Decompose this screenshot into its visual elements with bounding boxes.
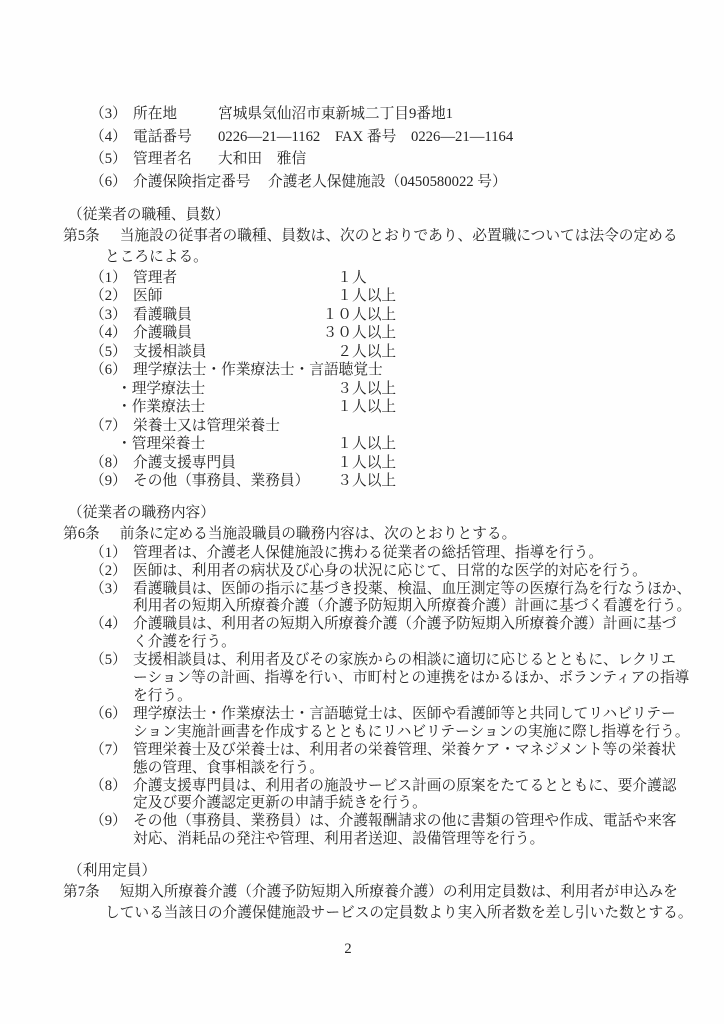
staff-count-number: １: [322, 287, 352, 306]
duty-number: （9）: [90, 813, 133, 831]
duty-text: 介護支援専門員は、利用者の施設サービス計画の原案をたてるとともに、要介護認 定及…: [133, 778, 676, 812]
duty-item: （3）看護職員は、医師の指示に基づき投薬、検温、血圧測定等の医療行為を行なうほか…: [90, 581, 724, 617]
page-number: 2: [0, 941, 696, 958]
staff-row: （6）理学療法士・作業療法士・言語聴覚士: [90, 361, 724, 380]
staff-number: （5）: [90, 343, 133, 362]
article5-body: 当施設の従事者の職種、員数は、次のとおりであり、必置職については法令の定める と…: [105, 228, 678, 265]
staff-count: １０人以上: [322, 306, 396, 325]
duty-item: （2）医師は、利用者の病状及び心身の状況に応じて、日常的な医学的対応を行う。: [90, 563, 724, 581]
staff-row-sub: ・作業療法士１人以上: [90, 398, 724, 417]
staff-row: （1）管理者１人: [90, 269, 724, 288]
item-number: （4）: [90, 126, 133, 149]
staff-list: （1）管理者１人 （2）医師１人以上 （3）看護職員１０人以上 （4）介護職員３…: [0, 269, 724, 491]
facility-info-row-manager: （5）管理者名大和田 雅信: [90, 148, 724, 171]
duty-number: （2）: [90, 563, 133, 581]
staff-label: 看護職員: [133, 307, 192, 323]
staff-count: １人以上: [322, 398, 396, 417]
staff-count-number: ３０: [322, 324, 352, 343]
staff-count: １人以上: [322, 454, 396, 473]
document-page: （3）所在地宮城県気仙沼市東新城二丁目9番地1 （4）電話番号0226—21—1…: [0, 0, 724, 1024]
duty-number: （6）: [90, 706, 133, 724]
staff-count-number: １: [322, 398, 352, 417]
facility-info-row-address: （3）所在地宮城県気仙沼市東新城二丁目9番地1: [90, 103, 724, 126]
staff-count-number: １: [322, 435, 352, 454]
staff-number: （1）: [90, 269, 133, 288]
staff-row: （5）支援相談員２人以上: [90, 343, 724, 362]
duty-number: （5）: [90, 652, 133, 670]
staff-number: （8）: [90, 454, 133, 473]
staff-count: １人以上: [322, 287, 396, 306]
duty-number: （3）: [90, 581, 133, 599]
staff-number: （6）: [90, 361, 133, 380]
article7-section-title: （利用定員）: [68, 861, 724, 882]
duty-item: （5）支援相談員は、利用者及びその家族からの相談に適切に応じるとともに、レクリエ…: [90, 652, 724, 706]
staff-label: ・作業療法士: [117, 399, 205, 415]
item-value: 宮城県気仙沼市東新城二丁目9番地1: [218, 103, 453, 126]
staff-count-suffix: 人: [352, 270, 367, 286]
article5-paragraph: 第5条 当施設の従事者の職種、員数は、次のとおりであり、必置職については法令の定…: [63, 226, 724, 268]
item-value: 大和田 雅信: [218, 148, 306, 171]
duty-number: （8）: [90, 778, 133, 796]
item-number: （5）: [90, 148, 133, 171]
article7-body: 短期入所療養介護（介護予防短期入所療養介護）の利用定員数は、利用者が申込みを し…: [105, 884, 693, 921]
document-content: （3）所在地宮城県気仙沼市東新城二丁目9番地1 （4）電話番号0226—21—1…: [0, 103, 724, 924]
staff-row: （2）医師１人以上: [90, 287, 724, 306]
staff-row: （3）看護職員１０人以上: [90, 306, 724, 325]
staff-count: １人: [322, 269, 367, 288]
staff-number: （2）: [90, 287, 133, 306]
staff-count-suffix: 人以上: [352, 307, 396, 323]
duty-item: （8）介護支援専門員は、利用者の施設サービス計画の原案をたてるとともに、要介護認…: [90, 778, 724, 814]
staff-count-number: ３: [322, 380, 352, 399]
duty-item: （9）その他（事務員、業務員）は、介護報酬請求の他に書類の管理や作成、電話や来客…: [90, 813, 724, 849]
article6-body: 前条に定める当施設職員の職務内容は、次のとおりとする。: [105, 526, 516, 542]
item-label: 電話番号: [133, 129, 192, 145]
staff-count: １人以上: [322, 435, 396, 454]
staff-number: （3）: [90, 306, 133, 325]
staff-label: 支援相談員: [133, 344, 206, 360]
duty-text: 支援相談員は、利用者及びその家族からの相談に適切に応じるとともに、レクリエ ーシ…: [133, 652, 689, 704]
duty-item: （6）理学療法士・作業療法士・言語聴覚士は、医師や看護師等と共同してリハビリテー…: [90, 706, 724, 742]
staff-count-number: ３: [322, 472, 352, 491]
item-value: 0226—21—1162 FAX 番号 0226—21—1164: [218, 126, 513, 149]
staff-label: 栄養士又は管理栄養士: [133, 418, 280, 434]
item-label: 介護保険指定番号: [133, 174, 251, 190]
staff-label: 介護職員: [133, 325, 192, 341]
staff-row: （8）介護支援専門員１人以上: [90, 454, 724, 473]
staff-row-sub: ・管理栄養士１人以上: [90, 435, 724, 454]
facility-info-row-phone: （4）電話番号0226—21—1162 FAX 番号 0226—21—1164: [90, 126, 724, 149]
duty-text: その他（事務員、業務員）は、介護報酬請求の他に書類の管理や作成、電話や来客 対応…: [133, 813, 676, 847]
article6-number: 第6条: [63, 524, 105, 545]
staff-count-number: １: [322, 269, 352, 288]
duty-text: 医師は、利用者の病状及び心身の状況に応じて、日常的な医学的対応を行う。: [133, 563, 647, 579]
staff-count-suffix: 人以上: [352, 399, 396, 415]
staff-label: その他（事務員、業務員）: [133, 473, 309, 489]
staff-count: ３０人以上: [322, 324, 396, 343]
item-number: （6）: [90, 171, 133, 194]
item-label: 所在地: [133, 106, 177, 122]
staff-label: 介護支援専門員: [133, 455, 236, 471]
duty-item: （1）管理者は、介護老人保健施設に携わる従業者の総括管理、指導を行う。: [90, 545, 724, 563]
staff-label: ・管理栄養士: [117, 436, 205, 452]
staff-count-suffix: 人以上: [352, 473, 396, 489]
staff-count: ３人以上: [322, 380, 396, 399]
staff-label: ・理学療法士: [117, 381, 205, 397]
staff-number: （7）: [90, 417, 133, 436]
staff-number: （4）: [90, 324, 133, 343]
staff-count-suffix: 人以上: [352, 436, 396, 452]
item-value: 介護老人保健施設（0450580022 号）: [268, 171, 507, 194]
duty-text: 理学療法士・作業療法士・言語聴覚士は、医師や看護師等と共同してリハビリテー ショ…: [133, 706, 690, 740]
staff-label: 医師: [133, 288, 162, 304]
staff-row: （7）栄養士又は管理栄養士: [90, 417, 724, 436]
staff-count-suffix: 人以上: [352, 288, 396, 304]
article7-paragraph: 第7条 短期入所療養介護（介護予防短期入所療養介護）の利用定員数は、利用者が申込…: [63, 882, 724, 924]
duty-text: 介護職員は、利用者の短期入所療養介護（介護予防短期入所療養介護）計画に基づ く介…: [133, 616, 676, 650]
facility-info-row-insurance-number: （6）介護保険指定番号介護老人保健施設（0450580022 号）: [90, 171, 724, 194]
staff-count: ３人以上: [322, 472, 396, 491]
staff-row: （9）その他（事務員、業務員）３人以上: [90, 472, 724, 491]
duty-item: （7）管理栄養士及び栄養士は、利用者の栄養管理、栄養ケア・マネジメント等の栄養状…: [90, 742, 724, 778]
article6-section-title: （従業者の職務内容）: [68, 503, 724, 524]
staff-row-sub: ・理学療法士３人以上: [90, 380, 724, 399]
article6-paragraph: 第6条 前条に定める当施設職員の職務内容は、次のとおりとする。: [63, 524, 724, 545]
staff-row: （4）介護職員３０人以上: [90, 324, 724, 343]
staff-count-suffix: 人以上: [352, 325, 396, 341]
staff-count-suffix: 人以上: [352, 344, 396, 360]
duty-item: （4）介護職員は、利用者の短期入所療養介護（介護予防短期入所療養介護）計画に基づ…: [90, 616, 724, 652]
staff-count-number: ２: [322, 343, 352, 362]
staff-count-suffix: 人以上: [352, 381, 396, 397]
article5-section-title: （従業者の職種、員数）: [68, 205, 724, 226]
staff-label: 管理者: [133, 270, 177, 286]
staff-count-number: １０: [322, 306, 352, 325]
staff-count-suffix: 人以上: [352, 455, 396, 471]
item-number: （3）: [90, 103, 133, 126]
duty-text: 管理者は、介護老人保健施設に携わる従業者の総括管理、指導を行う。: [133, 545, 603, 561]
staff-count: ２人以上: [322, 343, 396, 362]
staff-number: （9）: [90, 472, 133, 491]
article7-number: 第7条: [63, 882, 105, 903]
article5-number: 第5条: [63, 226, 105, 247]
duty-text: 看護職員は、医師の指示に基づき投薬、検温、血圧測定等の医療行為を行なうほか、 利…: [133, 581, 691, 615]
staff-label: 理学療法士・作業療法士・言語聴覚士: [133, 362, 383, 378]
staff-count-number: １: [322, 454, 352, 473]
duty-text: 管理栄養士及び栄養士は、利用者の栄養管理、栄養ケア・マネジメント等の栄養状 態の…: [133, 742, 676, 776]
item-label: 管理者名: [133, 151, 192, 167]
duty-number: （4）: [90, 616, 133, 634]
duty-number: （1）: [90, 545, 133, 563]
duty-number: （7）: [90, 742, 133, 760]
duty-list: （1）管理者は、介護老人保健施設に携わる従業者の総括管理、指導を行う。 （2）医…: [0, 545, 724, 849]
